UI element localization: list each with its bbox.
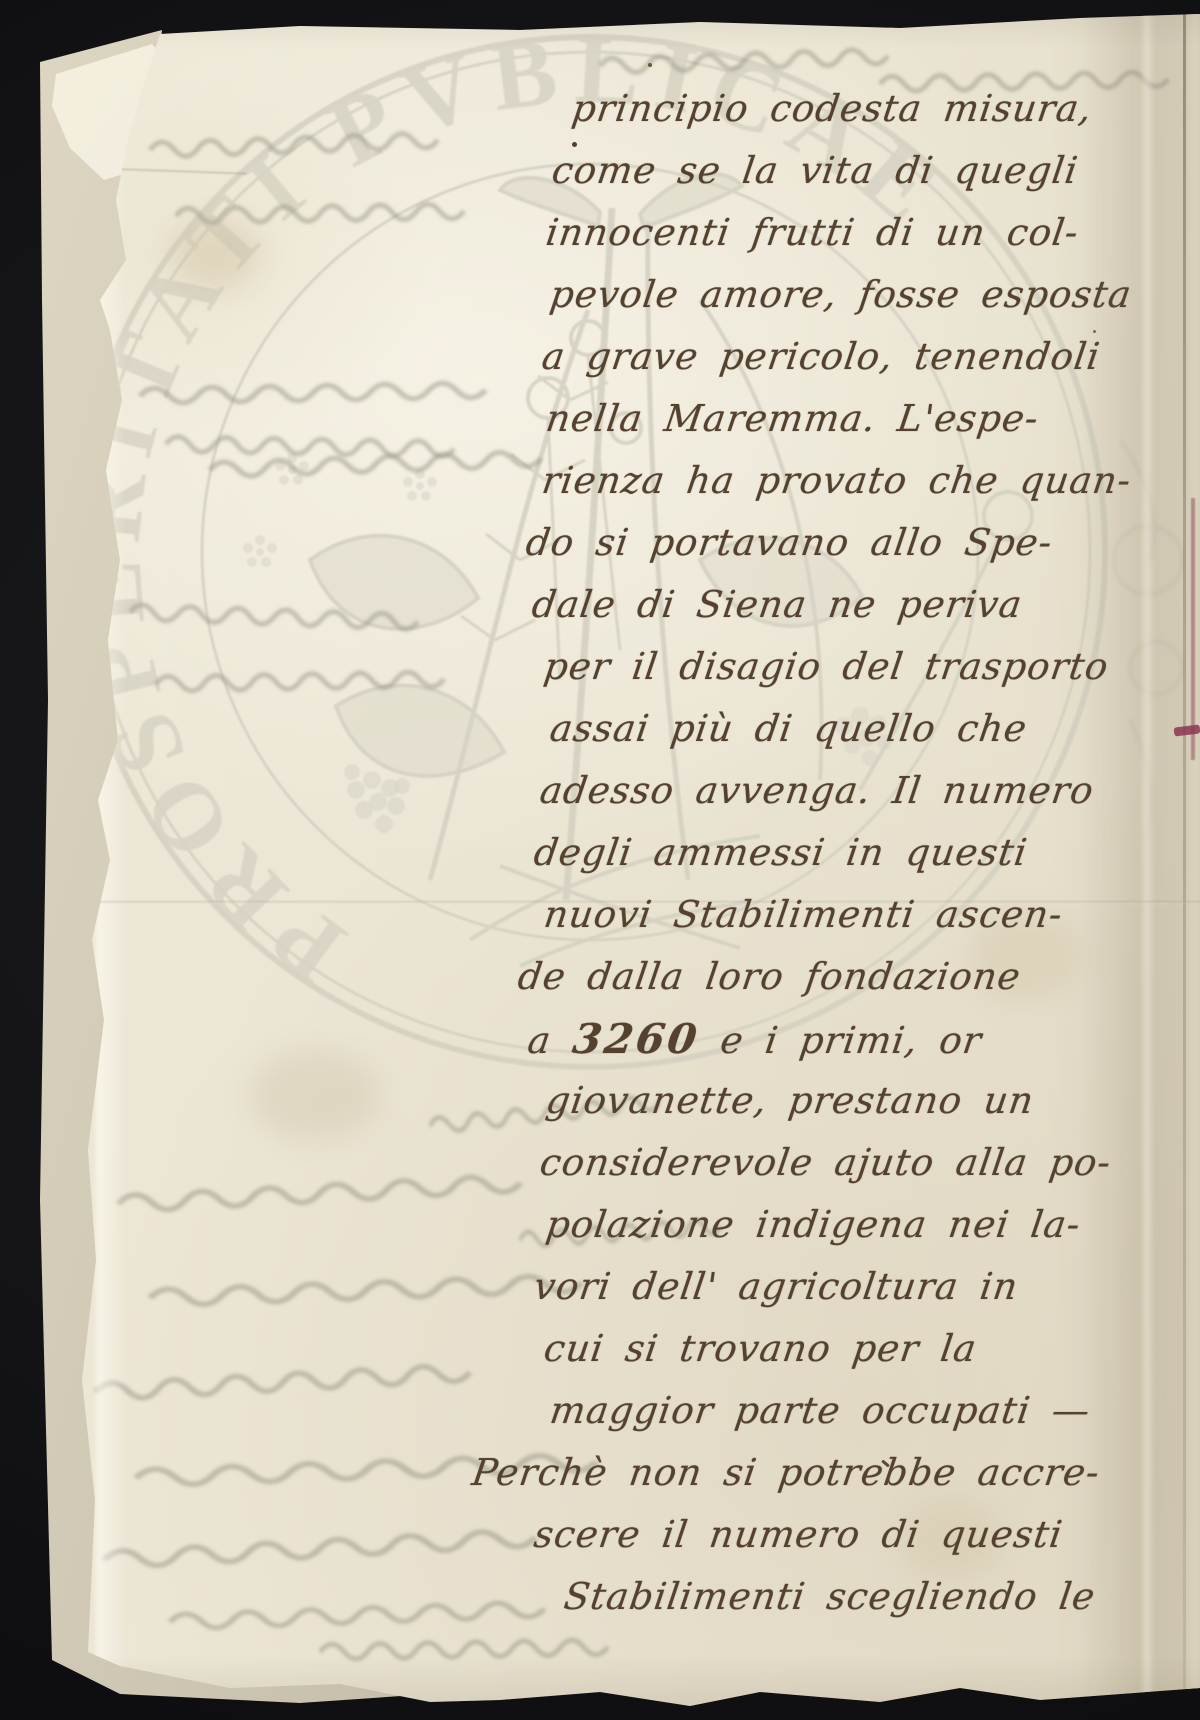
manuscript-line: come se la vita di quegli bbox=[548, 140, 1136, 202]
foxing-stain bbox=[250, 1050, 380, 1140]
line-prefix: a bbox=[525, 1019, 576, 1062]
ink-speck bbox=[572, 142, 577, 147]
line-suffix: e i primi, or bbox=[696, 1019, 985, 1062]
manuscript-line: a grave pericolo, tenendoli bbox=[538, 326, 1136, 388]
manuscript-line: rienza ha provato che quan- bbox=[538, 450, 1136, 512]
leaf bbox=[310, 536, 478, 629]
manuscript-line: polazione indigena nei la- bbox=[542, 1194, 1136, 1256]
ink-speck bbox=[648, 63, 652, 67]
binding-red-thread bbox=[1191, 498, 1195, 760]
admissions-number: 3260 bbox=[570, 1015, 703, 1063]
manuscript-line: pevole amore, fosse esposta bbox=[546, 264, 1136, 326]
manuscript-line: Stabilimenti scegliendo le bbox=[560, 1566, 1136, 1628]
foxing-stain bbox=[170, 220, 260, 290]
photographed-manuscript-scan: PROSPERITATI PVBLICAE bbox=[0, 0, 1200, 1720]
manuscript-line: vori dell' agricoltura in bbox=[530, 1256, 1136, 1318]
handwritten-text-block: principio codesta misura, come se la vit… bbox=[548, 78, 1127, 1628]
manuscript-line: Perchè non si potrebbe accre- bbox=[468, 1442, 1136, 1504]
manuscript-line: cui si trovano per la bbox=[540, 1318, 1136, 1380]
manuscript-line: adesso avvenga. Il numero bbox=[536, 760, 1136, 822]
manuscript-page: PROSPERITATI PVBLICAE bbox=[0, 0, 1200, 1720]
manuscript-line: principio codesta misura, bbox=[568, 78, 1136, 140]
manuscript-line: giovanette, prestano un bbox=[542, 1070, 1136, 1132]
manuscript-line: nuovi Stabilimenti ascen- bbox=[540, 884, 1136, 946]
manuscript-line-with-number: a 3260 e i primi, or bbox=[524, 1008, 1136, 1070]
manuscript-line: do si portavano allo Spe- bbox=[522, 512, 1136, 574]
manuscript-line: assai più di quello che bbox=[546, 698, 1136, 760]
page-fold-line bbox=[1183, 14, 1186, 1694]
gutter-fold-highlight bbox=[1140, 0, 1154, 1720]
manuscript-line: per il disagio del trasporto bbox=[540, 636, 1136, 698]
manuscript-line: degli ammessi in questi bbox=[530, 822, 1136, 884]
facing-page-edge bbox=[1186, 12, 1200, 1690]
manuscript-line: de dalla loro fondazione bbox=[514, 946, 1136, 1008]
manuscript-line: maggior parte occupati — bbox=[546, 1380, 1136, 1442]
manuscript-line: considerevole ajuto alla po- bbox=[536, 1132, 1136, 1194]
grape-cluster bbox=[344, 764, 410, 833]
manuscript-line: nella Maremma. L'espe- bbox=[542, 388, 1136, 450]
manuscript-line: innocenti frutti di un col- bbox=[542, 202, 1136, 264]
ink-speck bbox=[1093, 330, 1096, 333]
manuscript-line: scere il numero di questi bbox=[530, 1504, 1136, 1566]
manuscript-line: dale di Siena ne periva bbox=[528, 574, 1136, 636]
